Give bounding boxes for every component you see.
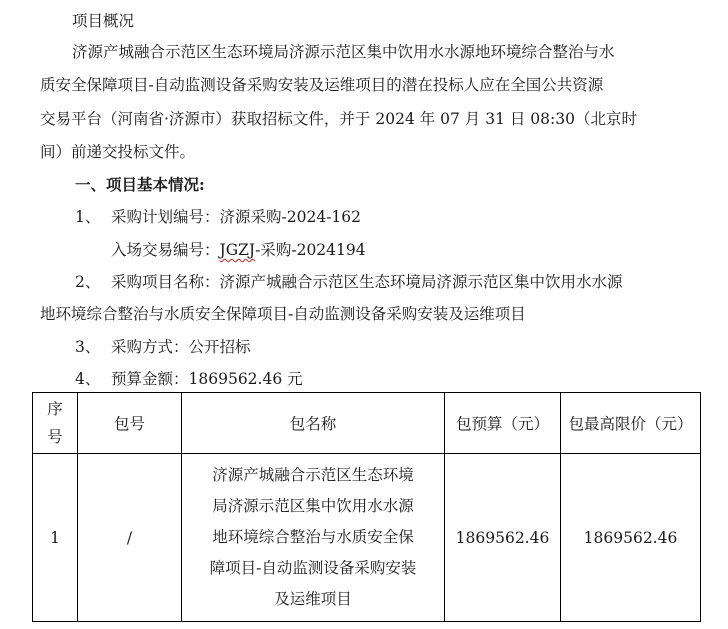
item-trade-number: 入场交易编号：JGZJ-采购-2024194 bbox=[111, 240, 366, 260]
item-label: 采购计划编号： bbox=[111, 208, 220, 226]
cell-max-price: 1869562.46 bbox=[561, 454, 701, 622]
item-plan-number: 1、采购计划编号：济源采购-2024-162 bbox=[75, 207, 361, 227]
item-num: 3、 bbox=[75, 337, 111, 357]
item-project-name-cont: 地环境综合整治与水质安全保障项目-自动监测设备采购安装及运维项目 bbox=[40, 304, 526, 324]
item-value: 济源采购-2024-162 bbox=[220, 208, 362, 226]
package-table: 序号 包号 包名称 包预算（元） 包最高限价（元） 1 / 济源产城融合示范区生… bbox=[32, 392, 701, 622]
paragraph-line: 间）前递交投标文件。 bbox=[40, 142, 195, 162]
item-method: 3、采购方式：公开招标 bbox=[75, 337, 251, 357]
item-label: 采购项目名称： bbox=[111, 273, 220, 291]
item-num: 4、 bbox=[75, 369, 111, 389]
item-label: 采购方式： bbox=[111, 338, 189, 356]
section-heading: 一、项目基本情况: bbox=[75, 175, 205, 195]
item-value: -采购-2024194 bbox=[255, 241, 366, 259]
item-num: 2、 bbox=[75, 272, 111, 292]
spellcheck-word: JGZJ bbox=[220, 241, 256, 259]
header-max-price: 包最高限价（元） bbox=[561, 393, 701, 454]
item-label: 预算金额： bbox=[111, 370, 189, 388]
header-package-no: 包号 bbox=[78, 393, 182, 454]
header-seq: 序号 bbox=[33, 393, 78, 454]
cell-package-no: / bbox=[78, 454, 182, 622]
item-label: 入场交易编号： bbox=[111, 241, 220, 259]
item-budget: 4、预算金额：1869562.46 元 bbox=[75, 369, 303, 389]
item-project-name: 2、采购项目名称：济源产城融合示范区生态环境局济源示范区集中饮用水水源 bbox=[75, 272, 623, 292]
cell-budget: 1869562.46 bbox=[445, 454, 561, 622]
table-row: 1 / 济源产城融合示范区生态环境 局济源示范区集中饮用水水源 地环境综合整治与… bbox=[33, 454, 701, 622]
item-value: 1869562.46 元 bbox=[189, 370, 303, 388]
header-package-name: 包名称 bbox=[182, 393, 445, 454]
cell-seq: 1 bbox=[33, 454, 78, 622]
overview-title: 项目概况 bbox=[72, 11, 134, 31]
item-value: 公开招标 bbox=[189, 338, 251, 356]
cell-package-name: 济源产城融合示范区生态环境 局济源示范区集中饮用水水源 地环境综合整治与水质安全… bbox=[182, 454, 445, 622]
table-header-row: 序号 包号 包名称 包预算（元） 包最高限价（元） bbox=[33, 393, 701, 454]
paragraph-line: 交易平台（河南省·济源市）获取招标文件，并于 2024 年 07 月 31 日 … bbox=[40, 109, 637, 129]
paragraph-line: 济源产城融合示范区生态环境局济源示范区集中饮用水水源地环境综合整治与水 bbox=[72, 42, 615, 62]
paragraph-line: 质安全保障项目-自动监测设备采购安装及运维项目的潜在投标人应在全国公共资源 bbox=[40, 75, 603, 95]
item-num: 1、 bbox=[75, 207, 111, 227]
header-budget: 包预算（元） bbox=[445, 393, 561, 454]
item-value: 济源产城融合示范区生态环境局济源示范区集中饮用水水源 bbox=[220, 273, 623, 291]
